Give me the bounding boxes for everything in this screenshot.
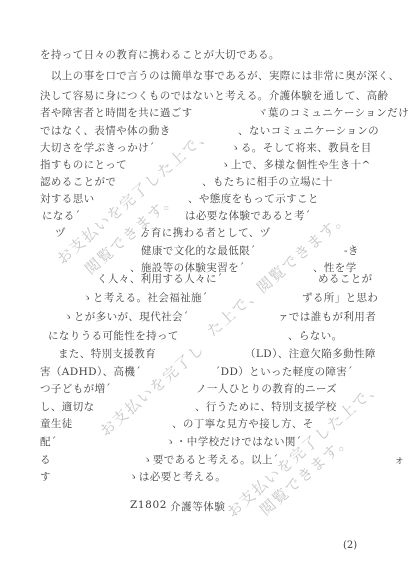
text-segment: になりうる可能性を持って — [48, 330, 179, 342]
text-segment: ずる所」と思わ — [302, 292, 378, 304]
text-segment: ´DD）といった軽度の障害´ — [215, 366, 353, 378]
text-segment: ヾ葉のコミュニケーションだけ — [257, 107, 409, 119]
footer-course-title: 介護等体験 — [170, 499, 226, 514]
text-segment: ゝ要であると考える。以上´ — [142, 454, 278, 466]
text-segment: 健康で文化的な最低限´ — [141, 245, 256, 257]
text-segment: る — [40, 454, 51, 466]
text-segment: 指すものにとって — [40, 159, 127, 171]
text-segment: （LD）、注意欠陥多動性障 — [245, 348, 376, 360]
text-segment: 害（ADHD）、高機´ — [40, 366, 141, 378]
text-segment: 、もたちに相手の立場に十 — [202, 176, 333, 188]
text-segment: を持って日々の教育に携わることが大切である。 — [40, 49, 280, 61]
text-segment: し、適切な — [40, 401, 95, 413]
text-segment: す — [40, 471, 51, 483]
text-segment: 、の丁寧な見方や接し方、そ — [172, 418, 314, 430]
text-segment: ではなく、表情や体の動き — [40, 125, 171, 137]
text-segment: ゝ・中学校だけではない関´ — [165, 436, 301, 448]
text-segment: ァでは誰もが利用者 — [278, 311, 376, 323]
text-segment: めることが — [318, 273, 373, 285]
text-segment: になる´ — [42, 210, 80, 222]
text-segment: ゝ上で、多様な個性や生き十^ — [220, 159, 371, 171]
text-segment: 以上の事を口で言うのは簡単な事であるが、実際には非常に奥が深く、 — [40, 70, 400, 82]
text-segment: ゝとが多いが、現代社会´ — [63, 311, 189, 323]
text-segment: く人々、利用する人々に´ — [97, 273, 223, 285]
text-segment: ‐き — [344, 245, 359, 257]
text-segment: 、ないコミュニケーションの — [238, 125, 379, 137]
text-segment: ゝと考える。社会福祉施´ — [82, 292, 208, 304]
text-segment: ノ一人ひとりの教育的ニーズ — [196, 383, 337, 395]
text-segment: 者や障害者と時間を共に過ごす — [40, 107, 193, 119]
text-segment: ォ — [394, 454, 405, 466]
text-segment: 、らない。 — [288, 330, 343, 342]
text-segment: ゟ育に携わる者として、ヅ — [140, 227, 271, 239]
text-segment: 配´ — [40, 436, 57, 448]
text-segment: 決して容易に身につくものではないと考える。介護体験を通して、高齢 — [40, 90, 388, 102]
text-segment: また、特別支援教育 — [58, 348, 156, 360]
footer-course-code: Z1802 — [130, 499, 167, 511]
text-segment: 大切さを学ぶきっかけ´ — [40, 142, 155, 154]
text-segment: は必要な体験であると考´ — [185, 210, 311, 222]
text-segment: つ子どもが増´ — [40, 383, 111, 395]
text-segment: 、や態度をもって示すこと — [188, 193, 319, 205]
text-segment: ゝは必要と考える。 — [128, 471, 226, 483]
text-segment: 認めることがで — [40, 176, 116, 188]
text-segment: 童生徒 — [40, 418, 73, 430]
text-segment: ゝる。そして将来、教員を目 — [230, 142, 372, 154]
text-segment: ヅ — [55, 227, 66, 239]
text-segment: 対する思い — [40, 193, 95, 205]
text-segment: 、行うために、特別支援学校 — [195, 401, 337, 413]
document-page: お支払いを完了した上で、閲覧できます。お支払いを完了した上で、閲覧できます。お支… — [0, 0, 410, 580]
page-number: (2) — [343, 540, 357, 551]
text-layer: を持って日々の教育に携わることが大切である。 以上の事を口で言うのは簡単な事であ… — [0, 0, 410, 580]
